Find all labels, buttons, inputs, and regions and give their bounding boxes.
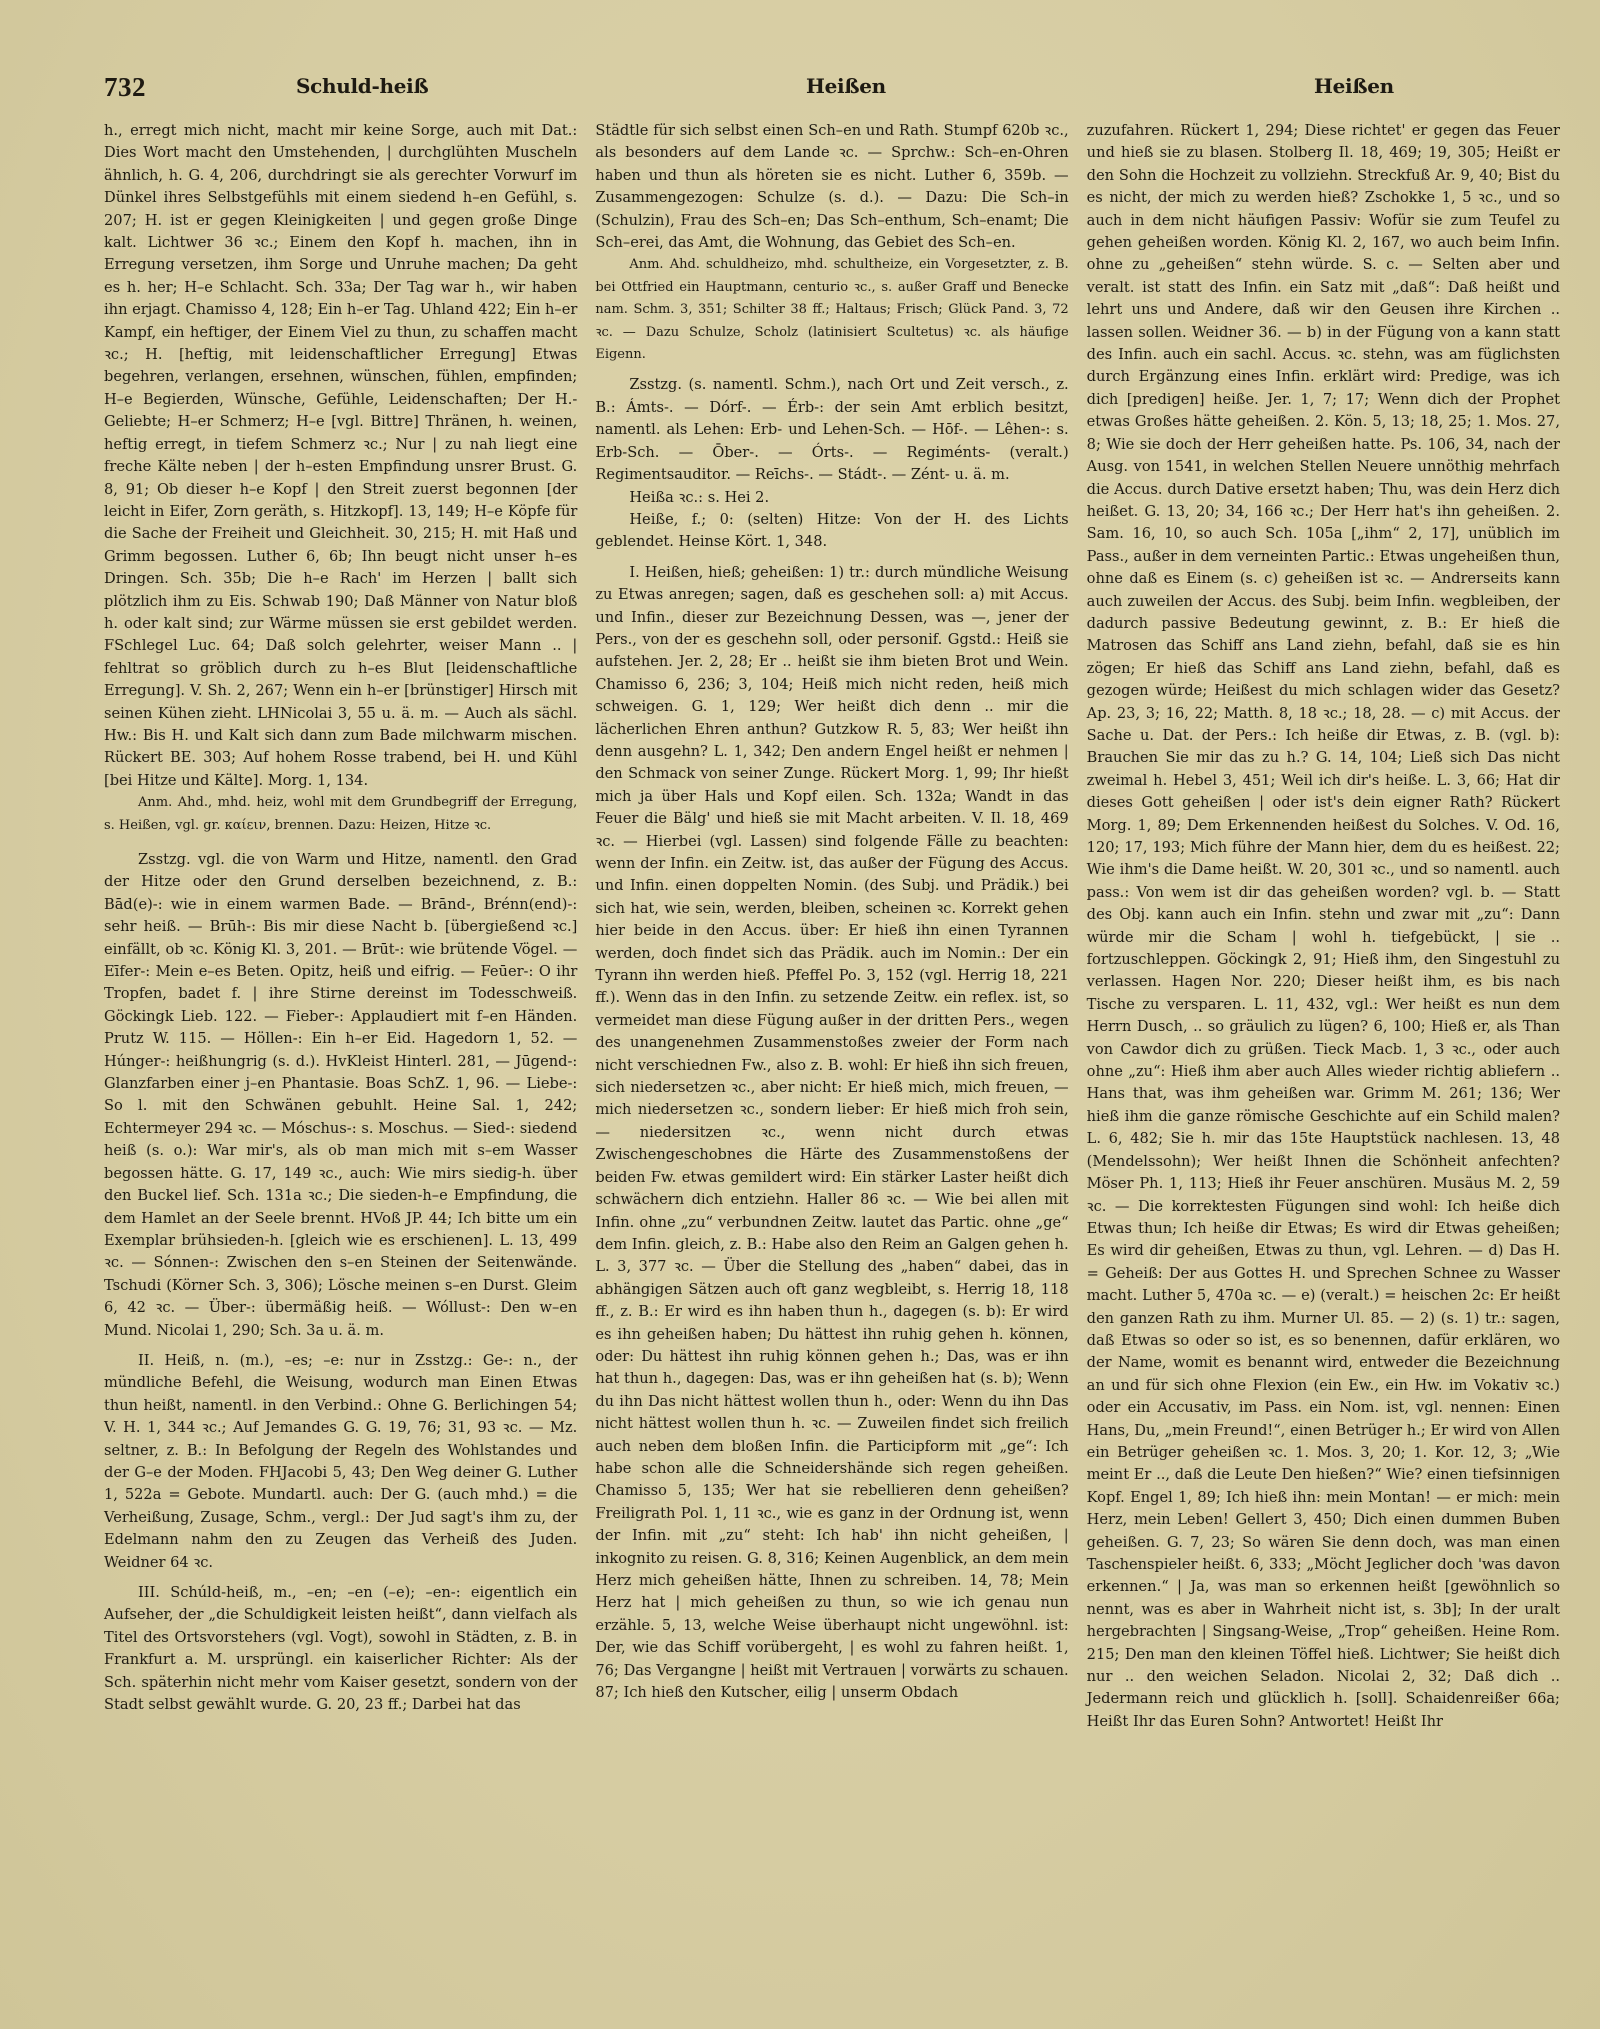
entry-paragraph: Heiße, f.; 0: (selten) Hitze: Von der H.… — [595, 509, 1068, 554]
entry-paragraph: Zsstzg. vgl. die von Warm und Hitze, nam… — [104, 849, 577, 1342]
running-head-right: Heißen — [1314, 74, 1394, 98]
entry-paragraph: h., erregt mich nicht, macht mir keine S… — [104, 120, 577, 792]
entry-paragraph: Anm. Ahd., mhd. heiz, wohl mit dem Grund… — [104, 792, 577, 837]
entry-paragraph: Heißa ꝛc.: s. Hei 2. — [595, 487, 1068, 509]
entry-paragraph: Zsstzg. (s. namentl. Schm.), nach Ort un… — [595, 374, 1068, 486]
entry-paragraph: zuzufahren. Rückert 1, 294; Diese richte… — [1087, 120, 1560, 1733]
entry-paragraph: II. Heiß, n. (m.), –es; –e: nur in Zsstz… — [104, 1350, 577, 1574]
running-head-center: Heißen — [806, 74, 886, 98]
entry-paragraph: Städtle für sich selbst einen Sch–en und… — [595, 120, 1068, 254]
column-1: h., erregt mich nicht, macht mir keine S… — [104, 120, 577, 1733]
entry-paragraph: III. Schúld-heiß, m., –en; –en (–e); –en… — [104, 1582, 577, 1716]
column-3: zuzufahren. Rückert 1, 294; Diese richte… — [1087, 120, 1560, 1733]
page-number: 732 — [104, 72, 146, 103]
page-header: 732 Schuld-heiß Heißen Heißen — [104, 72, 1556, 112]
dictionary-columns: h., erregt mich nicht, macht mir keine S… — [104, 120, 1560, 1733]
running-head-left: Schuld-heiß — [296, 74, 428, 98]
entry-paragraph: Anm. Ahd. schuldheizo, mhd. schultheize,… — [595, 254, 1068, 366]
entry-paragraph: I. Heißen, hieß; geheißen: 1) tr.: durch… — [595, 562, 1068, 1705]
column-2: Städtle für sich selbst einen Sch–en und… — [595, 120, 1068, 1733]
